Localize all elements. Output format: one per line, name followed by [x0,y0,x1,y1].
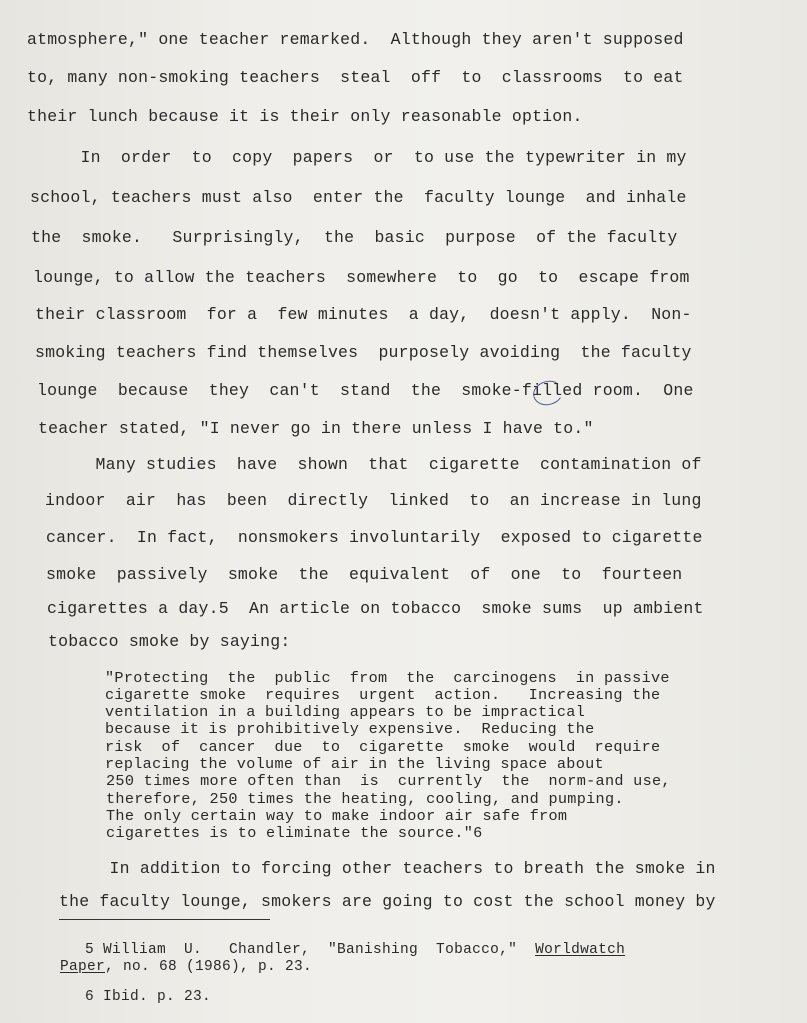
body-line: school, teachers must also enter the fac… [30,188,687,207]
quote-line: cigarettes is to eliminate the source."6 [106,825,483,842]
footnote-5-journal-title-cont: Paper [60,959,105,975]
body-line: cancer. In fact, nonsmokers involuntaril… [46,528,703,547]
quote-line: cigarette smoke requires urgent action. … [105,687,660,704]
body-line: to, many non-smoking teachers steal off … [27,68,684,87]
body-line: indoor air has been directly linked to a… [45,491,702,510]
body-line: In order to copy papers or to use the ty… [30,148,687,167]
quote-line: The only certain way to make indoor air … [106,808,567,825]
footnote-5-rest: , no. 68 (1986), p. 23. [105,959,312,975]
quote-line: 250 times more often than is currently t… [106,773,671,790]
body-line: In addition to forcing other teachers to… [59,859,716,878]
body-line: lounge because they can't stand the smok… [37,381,694,400]
body-line: smoking teachers find themselves purpose… [35,343,692,362]
body-line: their lunch because it is their only rea… [27,107,583,126]
footnote-5: 5 William U. Chandler, "Banishing Tobacc… [40,942,625,958]
body-line: cigarettes a day.5 An article on tobacco… [47,599,704,618]
quote-line: therefore, 250 times the heating, coolin… [106,791,624,808]
quote-line: because it is prohibitively expensive. R… [105,721,595,738]
body-line: the faculty lounge, smokers are going to… [59,892,716,911]
footnote-5-text: 5 William U. Chandler, "Banishing Tobacc… [40,942,535,958]
footnote-5-continuation: Paper, no. 68 (1986), p. 23. [60,959,312,975]
body-line: tobacco smoke by saying: [48,632,290,651]
quote-line: ventilation in a building appears to be … [105,704,585,721]
footnote-divider [59,919,270,920]
body-line: their classroom for a few minutes a day,… [35,305,692,324]
body-line: smoke passively smoke the equivalent of … [46,565,682,584]
body-line: Many studies have shown that cigarette c… [45,455,702,474]
quote-line: replacing the volume of air in the livin… [105,756,604,773]
quote-line: "Protecting the public from the carcinog… [105,670,670,687]
footnote-5-journal-title: Worldwatch [535,942,625,958]
body-line: lounge, to allow the teachers somewhere … [33,268,690,287]
body-line: the smoke. Surprisingly, the basic purpo… [31,228,678,247]
body-line: teacher stated, "I never go in there unl… [38,419,594,438]
body-line: atmosphere," one teacher remarked. Altho… [27,30,684,49]
quote-line: risk of cancer due to cigarette smoke wo… [105,739,660,756]
footnote-6: 6 Ibid. p. 23. [40,989,211,1005]
